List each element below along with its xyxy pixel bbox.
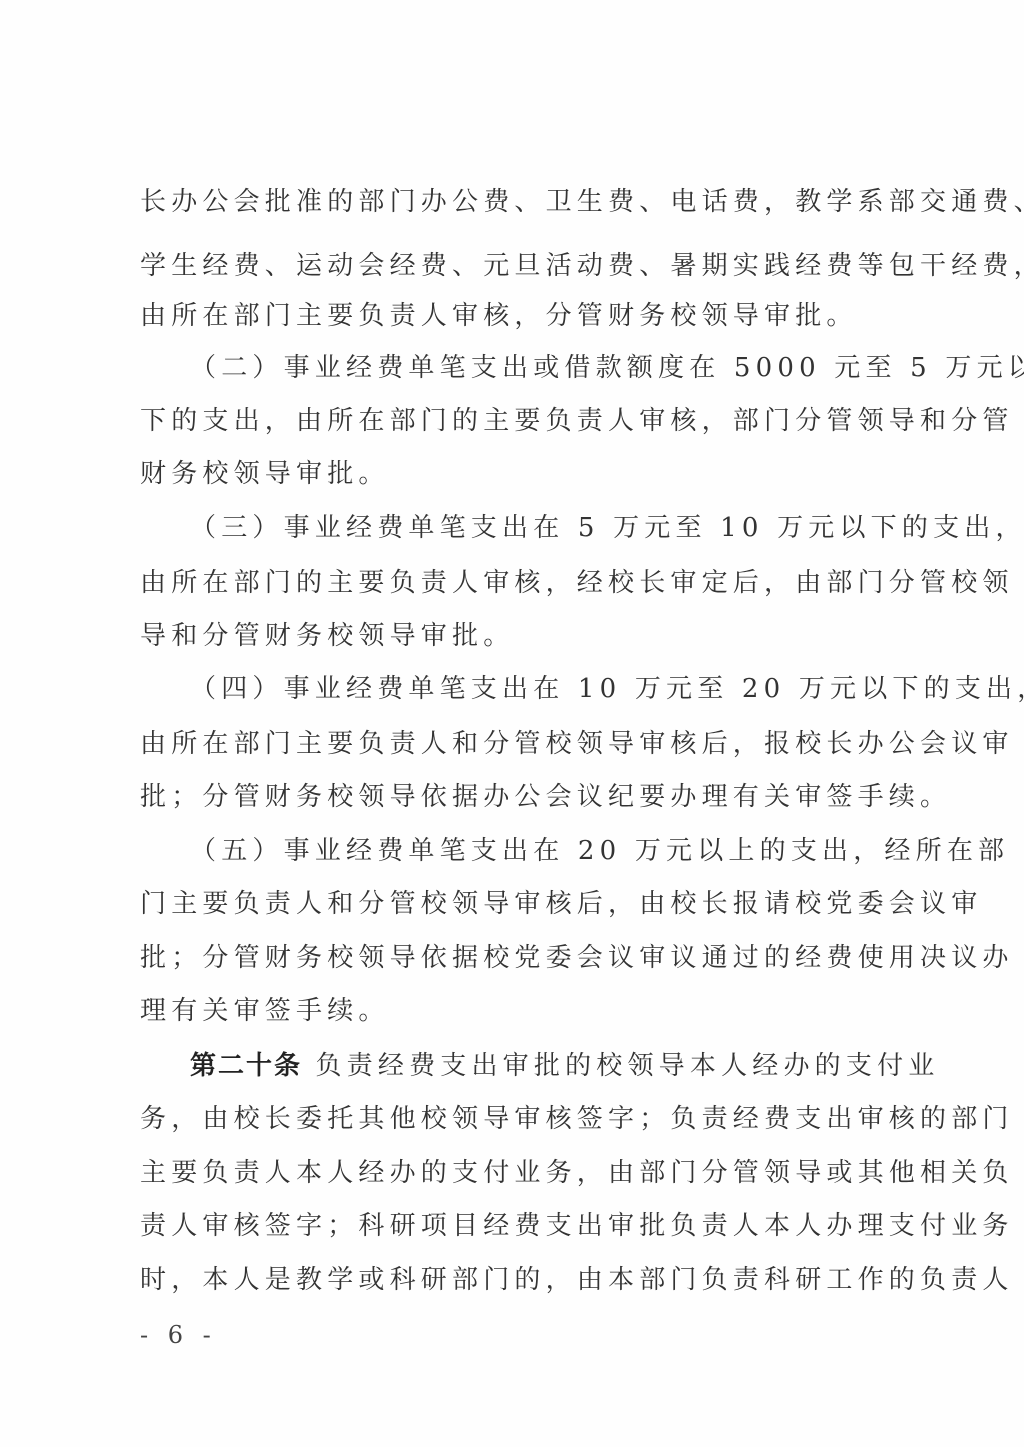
clause-5-line: （五）事业经费单笔支出在 20 万元以上的支出，经所在部 <box>190 835 900 867</box>
clause-3-line: （三）事业经费单笔支出在 5 万元至 10 万元以下的支出， <box>190 512 900 544</box>
text-line: 批；分管财务校领导依据办公会议纪要办理有关审签手续。 <box>140 781 900 813</box>
text-line: 由所在部门主要负责人审核，分管财务校领导审批。 <box>140 300 900 332</box>
document-page: 长办公会批准的部门办公费、卫生费、电话费，教学系部交通费、 学生经费、运动会经费… <box>0 0 1024 1447</box>
text-line: 由所在部门主要负责人和分管校领导审核后，报校长办公会议审 <box>140 728 900 760</box>
text-line: 下的支出，由所在部门的主要负责人审核，部门分管领导和分管 <box>140 405 900 437</box>
text-line: 主要负责人本人经办的支付业务，由部门分管领导或其他相关负 <box>140 1157 900 1189</box>
text-line: 时，本人是教学或科研部门的，由本部门负责科研工作的负责人 <box>140 1264 900 1296</box>
text-line: 学生经费、运动会经费、元旦活动费、暑期实践经费等包干经费， <box>140 250 900 282</box>
article-20-text: 负责经费支出审批的校领导本人经办的支付业 <box>302 1051 939 1081</box>
clause-4-line: （四）事业经费单笔支出在 10 万元至 20 万元以下的支出， <box>190 673 900 705</box>
page-number: - 6 - <box>140 1320 217 1350</box>
text-line: 财务校领导审批。 <box>140 458 900 490</box>
article-20-heading: 第二十条 <box>190 1051 302 1081</box>
text-line: 由所在部门的主要负责人审核，经校长审定后，由部门分管校领 <box>140 567 900 599</box>
text-line: 长办公会批准的部门办公费、卫生费、电话费，教学系部交通费、 <box>140 186 900 218</box>
text-line: 理有关审签手续。 <box>140 995 900 1027</box>
text-line: 门主要负责人和分管校领导审核后，由校长报请校党委会议审 <box>140 888 900 920</box>
text-line: 批；分管财务校领导依据校党委会议审议通过的经费使用决议办 <box>140 942 900 974</box>
text-line: 责人审核签字；科研项目经费支出审批负责人本人办理支付业务 <box>140 1210 900 1242</box>
article-20-line: 第二十条 负责经费支出审批的校领导本人经办的支付业 <box>190 1050 900 1082</box>
text-line: 务，由校长委托其他校领导审核签字；负责经费支出审核的部门 <box>140 1103 900 1135</box>
text-line: 导和分管财务校领导审批。 <box>140 620 900 652</box>
clause-2-line: （二）事业经费单笔支出或借款额度在 5000 元至 5 万元以 <box>190 352 900 384</box>
